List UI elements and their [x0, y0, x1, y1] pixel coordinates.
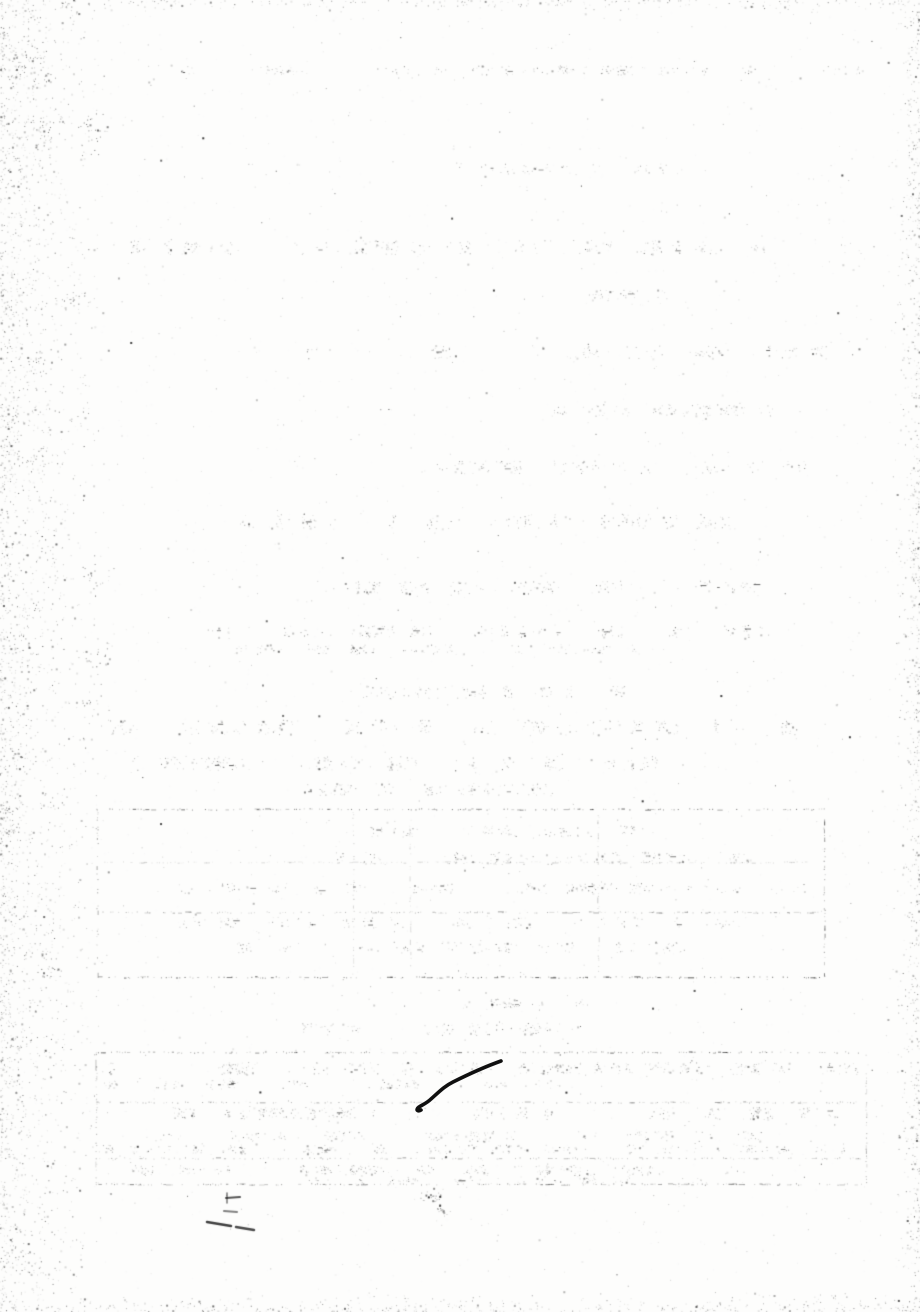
scanned-document-page — [0, 0, 920, 1312]
scan-texture-canvas — [0, 0, 920, 1312]
